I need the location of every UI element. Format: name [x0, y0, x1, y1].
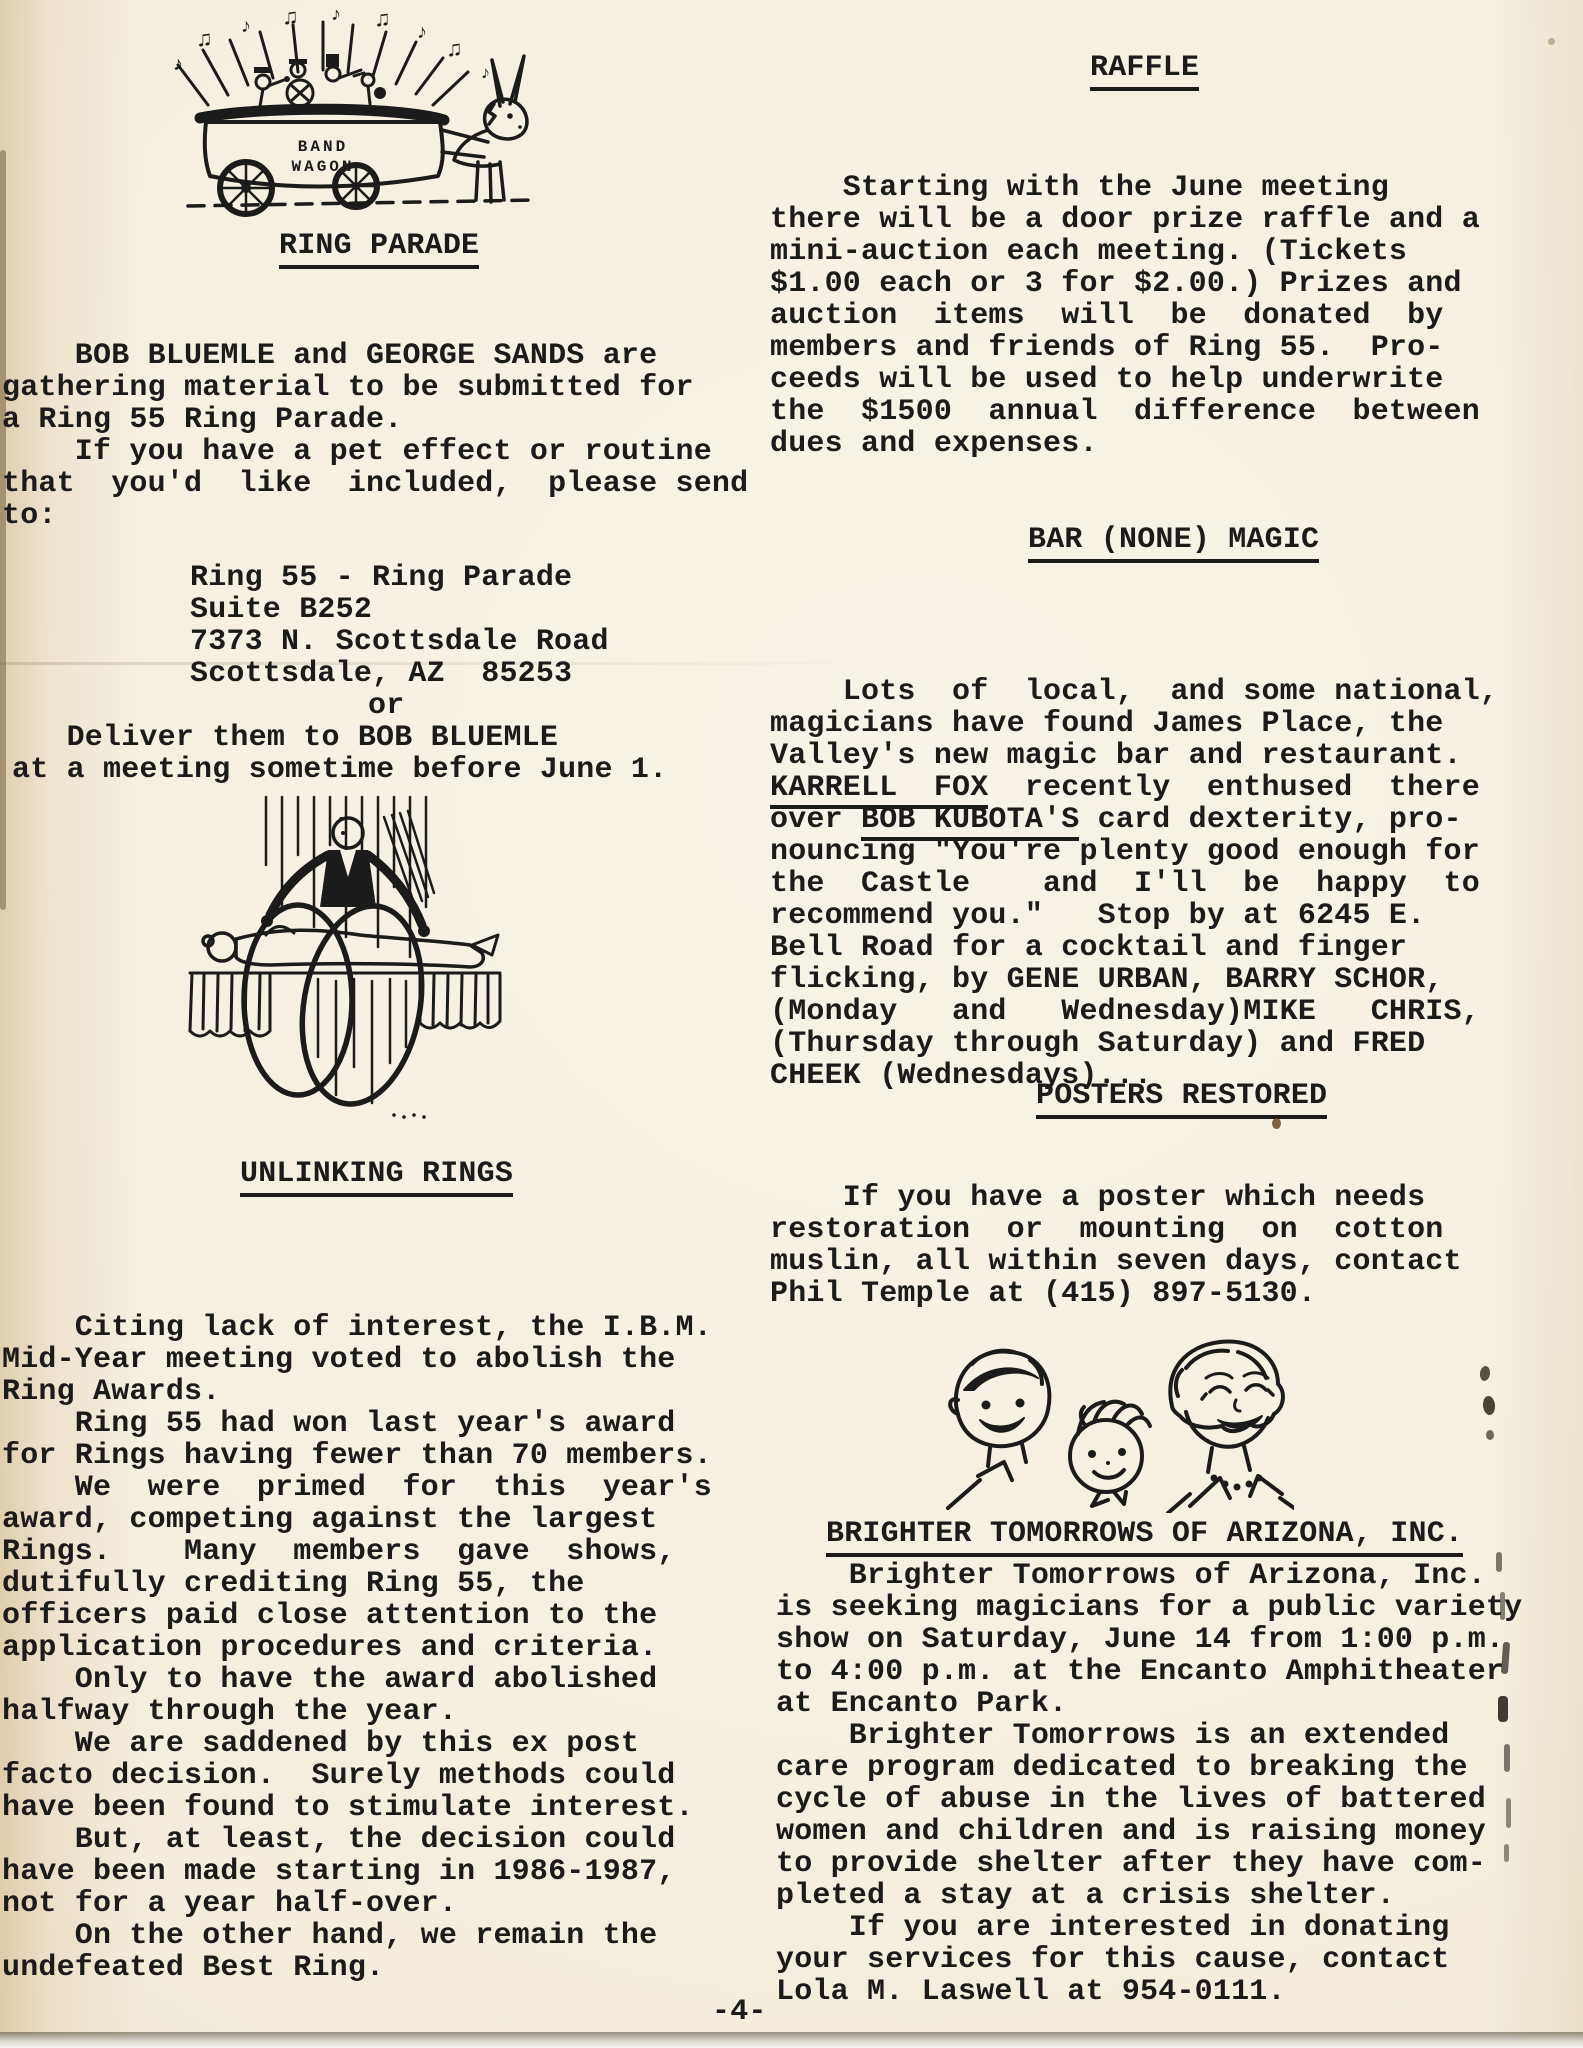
svg-text:♪: ♪ — [172, 54, 184, 77]
section-heading-brighter-tomorrows: BRIGHTER TOMORROWS OF ARIZONA, INC. — [826, 1518, 1463, 1557]
bar-magic-line-bob-kubota: over BOB KUBOTA'S card dexterity, pro- — [770, 804, 1462, 836]
scan-stain — [1498, 1696, 1508, 1722]
svg-text:♪: ♪ — [330, 10, 342, 27]
scan-stain — [1504, 1744, 1510, 1772]
scan-bottom-edge — [0, 2032, 1583, 2048]
scanned-newsletter-page-4: ♪♫ ♪♫ ♪♫ ♪♫ ♪ BAND WAGON — [0, 0, 1583, 2048]
ring-parade-title: RING PARADE — [279, 230, 479, 269]
kubota-line-pre: over — [770, 803, 861, 837]
wagon-body: BAND WAGON — [200, 109, 444, 186]
family-illustration — [928, 1308, 1294, 1513]
page-number: -4- — [712, 1996, 767, 2028]
unlinking-rings-paragraph: Citing lack of interest, the I.B.M. Mid-… — [2, 1312, 712, 1984]
bar-none-magic-title: BAR (NONE) MAGIC — [1028, 524, 1319, 563]
bar-magic-paragraph-part2: nouncing "You're plenty good enough for … — [770, 836, 1480, 1092]
svg-text:♪: ♪ — [480, 64, 491, 84]
posters-restored-title: POSTERS RESTORED — [1036, 1080, 1327, 1119]
scan-stain — [1500, 1592, 1505, 1620]
section-heading-posters-restored: POSTERS RESTORED — [1036, 1080, 1327, 1119]
levitation-illustration — [170, 795, 520, 1130]
kubota-line-rest: card dexterity, pro- — [1079, 803, 1461, 837]
unlinking-rings-title: UNLINKING RINGS — [240, 1158, 513, 1197]
boy-face — [948, 1351, 1049, 1508]
svg-text:♫: ♫ — [284, 10, 297, 31]
ring-parade-or: or — [368, 690, 404, 722]
section-heading-unlinking-rings: UNLINKING RINGS — [240, 1158, 513, 1197]
ring-parade-address: Ring 55 - Ring Parade Suite B252 7373 N.… — [190, 562, 609, 690]
scan-stain — [1548, 38, 1555, 45]
brighter-tomorrows-title: BRIGHTER TOMORROWS OF ARIZONA, INC. — [826, 1518, 1463, 1557]
scan-stain — [1486, 1430, 1494, 1440]
brighter-tomorrows-paragraph: Brighter Tomorrows of Arizona, Inc. is s… — [776, 1560, 1522, 2008]
scan-stain — [1272, 1118, 1281, 1129]
svg-text:♪: ♪ — [416, 22, 428, 45]
bar-magic-paragraph-part1: Lots of local, and some national, magici… — [770, 676, 1498, 772]
music-notes-icon: ♪♫ ♪♫ ♪♫ ♪♫ ♪ — [172, 10, 491, 84]
scan-stain — [1496, 1552, 1502, 1572]
scan-stain — [1504, 1844, 1509, 1862]
band-wagon-illustration: ♪♫ ♪♫ ♪♫ ♪♫ ♪ BAND WAGON — [148, 10, 543, 218]
wagon-musicians — [254, 54, 386, 106]
karrell-line-rest: recently enthused there — [988, 771, 1479, 805]
svg-text:♫: ♫ — [376, 10, 389, 33]
scan-stain — [1506, 1798, 1511, 1828]
svg-text:♫: ♫ — [198, 28, 211, 53]
sketch-dots — [392, 1113, 426, 1119]
ring-parade-paragraph: BOB BLUEMLE and GEORGE SANDS are gatheri… — [2, 340, 748, 532]
posters-restored-paragraph: If you have a poster which needs restora… — [770, 1182, 1462, 1310]
raffle-title: RAFFLE — [1090, 52, 1199, 91]
svg-text:♪: ♪ — [240, 16, 252, 39]
mother-face — [1168, 1341, 1294, 1513]
child-face — [1070, 1402, 1150, 1506]
ring-parade-deliver-note: Deliver them to BOB BLUEMLE at a meeting… — [12, 722, 667, 786]
bar-magic-line-karrell-fox: KARRELL FOX recently enthused there — [770, 772, 1480, 804]
section-heading-ring-parade: RING PARADE — [279, 230, 479, 269]
svg-text:♫: ♫ — [448, 38, 461, 63]
raffle-paragraph: Starting with the June meeting there wil… — [770, 172, 1480, 460]
section-heading-raffle: RAFFLE — [1090, 52, 1199, 91]
section-heading-bar-none-magic: BAR (NONE) MAGIC — [1028, 524, 1319, 563]
band-wagon-label-line1: BAND — [298, 138, 348, 156]
